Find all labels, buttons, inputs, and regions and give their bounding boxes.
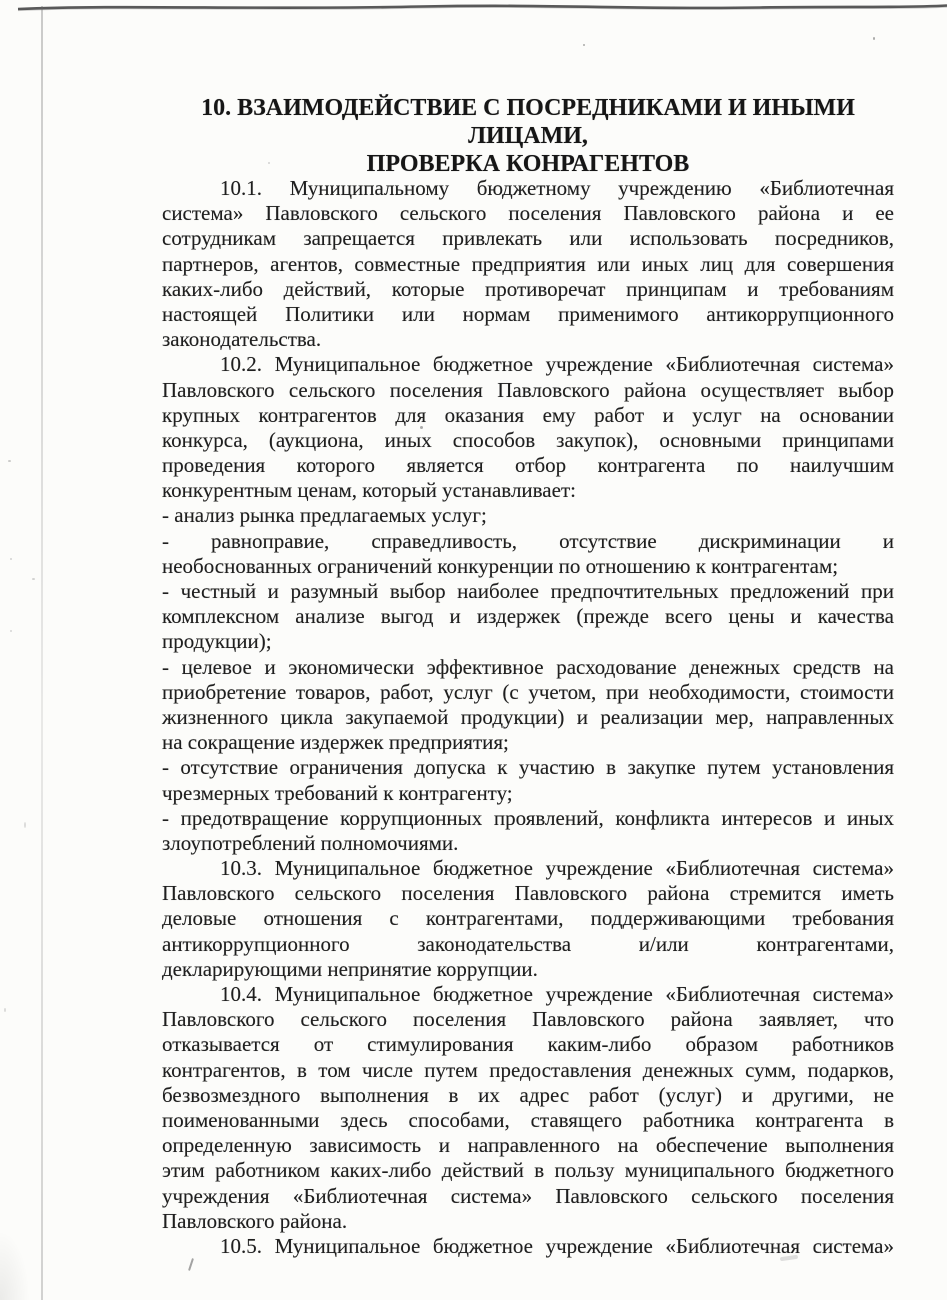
paragraph-10.3: 10.3. Муниципальное бюджетное учреждение… (162, 856, 894, 982)
paragraph-10.1: 10.1. Муниципальному бюджетному учрежден… (162, 176, 894, 352)
text-line: приобретение товаров, работ, услуг (с уч… (162, 680, 894, 705)
scan-speck (10, 630, 12, 632)
text-line: чрезмерных требований к контрагенту; (162, 781, 894, 806)
text-line: система» Павловского сельского поселения… (162, 201, 894, 226)
text-line: учреждения «Библиотечная система» Павлов… (162, 1184, 894, 1209)
scan-top-edge-line (0, 0, 947, 16)
text-line: поименованными здесь способами, ставящег… (162, 1108, 894, 1133)
scan-corner-shade (0, 1230, 30, 1300)
text-line: Павловского сельского поселения Павловск… (162, 378, 894, 403)
text-line: настоящей Политики или нормам применимог… (162, 302, 894, 327)
text-line: на сокращение издержек предприятия; (162, 730, 894, 755)
text-line: Павловского сельского поселения Павловск… (162, 1007, 894, 1032)
scan-left-margin-line (41, 6, 43, 1300)
paragraph-10.2: 10.2. Муниципальное бюджетное учреждение… (162, 352, 894, 503)
text-line: конкурса, (аукциона, иных способов закуп… (162, 428, 894, 453)
text-line: 10.5. Муниципальное бюджетное учреждение… (162, 1234, 894, 1259)
text-line: - предотвращение коррупционных проявлени… (162, 806, 894, 831)
paragraph-10.4: 10.4. Муниципальное бюджетное учреждение… (162, 982, 894, 1234)
text-line: антикоррупционного законодательства и/ил… (162, 932, 894, 957)
text-line: этим работником каких-либо действий в по… (162, 1158, 894, 1183)
scan-speck (873, 37, 875, 40)
section-heading: 10. ВЗАИМОДЕЙСТВИЕ С ПОСРЕДНИКАМИ И ИНЫМ… (150, 94, 906, 178)
text-line: деловые отношения с контрагентами, подде… (162, 906, 894, 931)
text-line: проведения которого является отбор контр… (162, 453, 894, 478)
text-line: безвозмездного выполнения в их адрес раб… (162, 1083, 894, 1108)
text-line: контрагентов, в том числе путем предоста… (162, 1058, 894, 1083)
text-line: партнеров, агентов, совместные предприят… (162, 252, 894, 277)
paragraph-dash-2: - равноправие, справедливость, отсутстви… (162, 529, 894, 579)
scan-speck (32, 578, 35, 580)
scan-speck (10, 558, 12, 560)
text-line: отказывается от стимулирования каким-либ… (162, 1032, 894, 1057)
text-line: каких-либо действий, которые противореча… (162, 277, 894, 302)
text-line: Павловского сельского поселения Павловск… (162, 881, 894, 906)
section-heading-line-1: 10. ВЗАИМОДЕЙСТВИЕ С ПОСРЕДНИКАМИ И ИНЫМ… (150, 94, 906, 150)
paragraph-dash-5: - отсутствие ограничения допуска к участ… (162, 755, 894, 805)
text-line: - честный и разумный выбор наиболее пред… (162, 579, 894, 604)
text-line: - равноправие, справедливость, отсутстви… (162, 529, 894, 554)
text-line: - целевое и экономически эффективное рас… (162, 655, 894, 680)
section-heading-line-2: ПРОВЕРКА КОНРАГЕНТОВ (150, 150, 906, 178)
text-line: необоснованных ограничений конкуренции п… (162, 554, 894, 579)
text-line: декларирующими непринятие коррупции. (162, 957, 894, 982)
text-line: продукции); (162, 629, 894, 654)
text-line: Павловского района. (162, 1209, 894, 1234)
paragraph-dash-4: - целевое и экономически эффективное рас… (162, 655, 894, 756)
paragraph-10.5: 10.5. Муниципальное бюджетное учреждение… (162, 1234, 894, 1259)
scan-speck (8, 460, 11, 462)
text-line: определенную зависимость и направленного… (162, 1133, 894, 1158)
scan-speck (583, 44, 585, 46)
paragraph-dash-3: - честный и разумный выбор наиболее пред… (162, 579, 894, 655)
text-line: жизненного цикла закупаемой продукции) и… (162, 705, 894, 730)
text-line: сотрудникам запрещается привлекать или и… (162, 226, 894, 251)
paragraph-dash-1: - анализ рынка предлагаемых услуг; (162, 503, 894, 528)
text-line: 10.1. Муниципальному бюджетному учрежден… (162, 176, 894, 201)
text-line: 10.2. Муниципальное бюджетное учреждение… (162, 352, 894, 377)
text-line: конкурентным ценам, который устанавливае… (162, 478, 894, 503)
scan-speck (24, 822, 26, 828)
text-line: - отсутствие ограничения допуска к участ… (162, 755, 894, 780)
text-line: комплексном анализе выгод и издержек (пр… (162, 604, 894, 629)
scanned-document-page: 10. ВЗАИМОДЕЙСТВИЕ С ПОСРЕДНИКАМИ И ИНЫМ… (0, 0, 947, 1300)
text-line: 10.3. Муниципальное бюджетное учреждение… (162, 856, 894, 881)
text-line: злоупотреблений полномочиями. (162, 831, 894, 856)
text-line: законодательства. (162, 327, 894, 352)
scan-speck (4, 1008, 6, 1012)
text-line: - анализ рынка предлагаемых услуг; (162, 503, 894, 528)
text-line: крупных контрагентов для оказания ему ра… (162, 403, 894, 428)
scan-slash-mark (188, 1258, 194, 1271)
paragraph-dash-6: - предотвращение коррупционных проявлени… (162, 806, 894, 856)
document-body: 10.1. Муниципальному бюджетному учрежден… (162, 176, 894, 1259)
text-line: 10.4. Муниципальное бюджетное учреждение… (162, 982, 894, 1007)
